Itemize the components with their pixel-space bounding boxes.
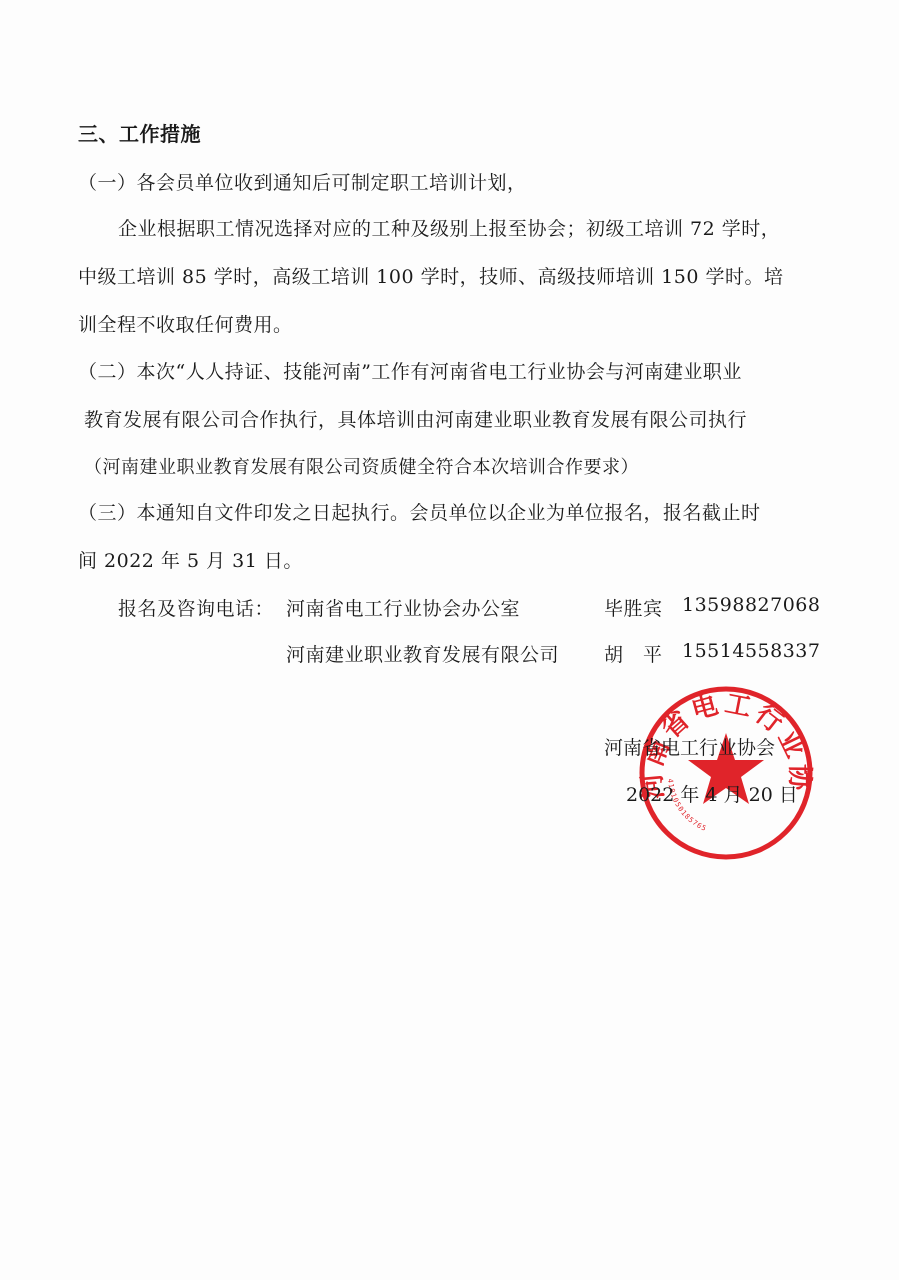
item2-line: （二）本次“人人持证、技能河南”工作有河南省电工行业协会与河南建业职业: [78, 357, 742, 384]
contact-org: 河南省电工行业协会办公室: [286, 594, 520, 621]
signature-org: 河南省电工行业协会: [604, 733, 775, 760]
item2-line: （河南建业职业教育发展有限公司资质健全符合本次培训合作要求）: [84, 453, 639, 479]
item1-para-line: 训全程不收取任何费用。: [78, 310, 293, 337]
document-page: 三、工作措施 （一）各会员单位收到通知后可制定职工培训计划， 企业根据职工情况选…: [0, 0, 899, 1280]
contact-phone: 15514558337: [682, 640, 820, 662]
contact-name: 胡 平: [604, 640, 663, 667]
signature-date: 2022 年 4 月 20 日: [626, 780, 798, 807]
item3-line: （三）本通知自文件印发之日起执行。会员单位以企业为单位报名，报名截止时: [78, 498, 761, 525]
section-heading: 三、工作措施: [78, 118, 201, 147]
contact-org: 河南建业职业教育发展有限公司: [286, 640, 559, 667]
item1-para-line: 中级工培训 85 学时，高级工培训 100 学时，技师、高级技师培训 150 学…: [78, 262, 783, 289]
contact-name: 毕胜宾: [604, 594, 663, 621]
item2-line: 教育发展有限公司合作执行，具体培训由河南建业职业教育发展有限公司执行: [84, 405, 747, 432]
official-seal-icon: 河南省电工行业协会 4101050185765: [636, 683, 816, 863]
item1-para-line: 企业根据职工情况选择对应的工种及级别上报至协会；初级工培训 72 学时，: [118, 214, 780, 241]
contact-phone: 13598827068: [682, 594, 820, 616]
item1-title: （一）各会员单位收到通知后可制定职工培训计划，: [78, 168, 527, 195]
contacts-label: 报名及咨询电话：: [118, 594, 274, 621]
item3-line: 间 2022 年 5 月 31 日。: [78, 546, 303, 573]
